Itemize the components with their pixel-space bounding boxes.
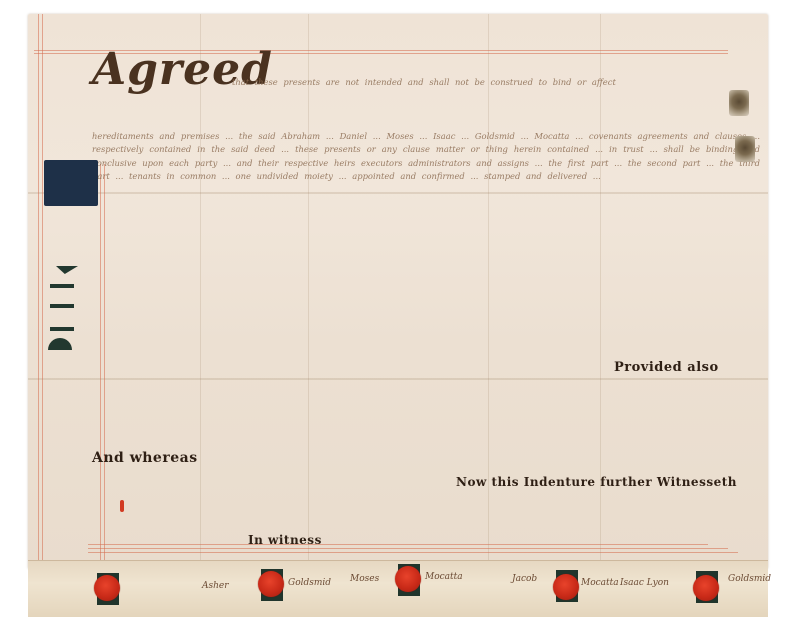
- signature: Goldsmid: [288, 578, 331, 588]
- revenue-stamp-icon: [729, 90, 749, 116]
- wax-seal-icon: [258, 571, 284, 597]
- revenue-stamp-icon: [735, 136, 755, 162]
- wax-seal-icon: [94, 575, 120, 601]
- wax-seal-icon: [693, 575, 719, 601]
- signature: Mocatta: [581, 578, 619, 588]
- ruled-line: [42, 14, 43, 569]
- ribbon-seal-block: [44, 160, 98, 206]
- signature: Isaac Lyon: [620, 578, 669, 588]
- ribbon-tab-icon: [50, 304, 74, 308]
- wax-drip-mark: [120, 500, 124, 512]
- ruled-line: [38, 14, 39, 569]
- ribbon-tab-icon: [50, 327, 74, 331]
- gothic-and-whereas: And whereas: [92, 450, 198, 466]
- opening-line: that these presents are not intended and…: [232, 77, 616, 87]
- ribbon-tab-icon: [50, 284, 74, 288]
- gothic-in-witness: In witness: [248, 533, 322, 547]
- wax-seal-icon: [553, 574, 579, 600]
- gothic-provided-also: Provided also: [614, 360, 719, 375]
- signature: Jacob: [512, 574, 537, 584]
- signature: Asher: [202, 581, 229, 591]
- signature: Moses: [350, 574, 379, 584]
- signature: Mocatta: [425, 572, 463, 582]
- wax-seal-icon: [395, 566, 421, 592]
- gothic-now-this-indenture: Now this Indenture further Witnesseth: [456, 475, 737, 489]
- signature: Goldsmid: [728, 574, 771, 584]
